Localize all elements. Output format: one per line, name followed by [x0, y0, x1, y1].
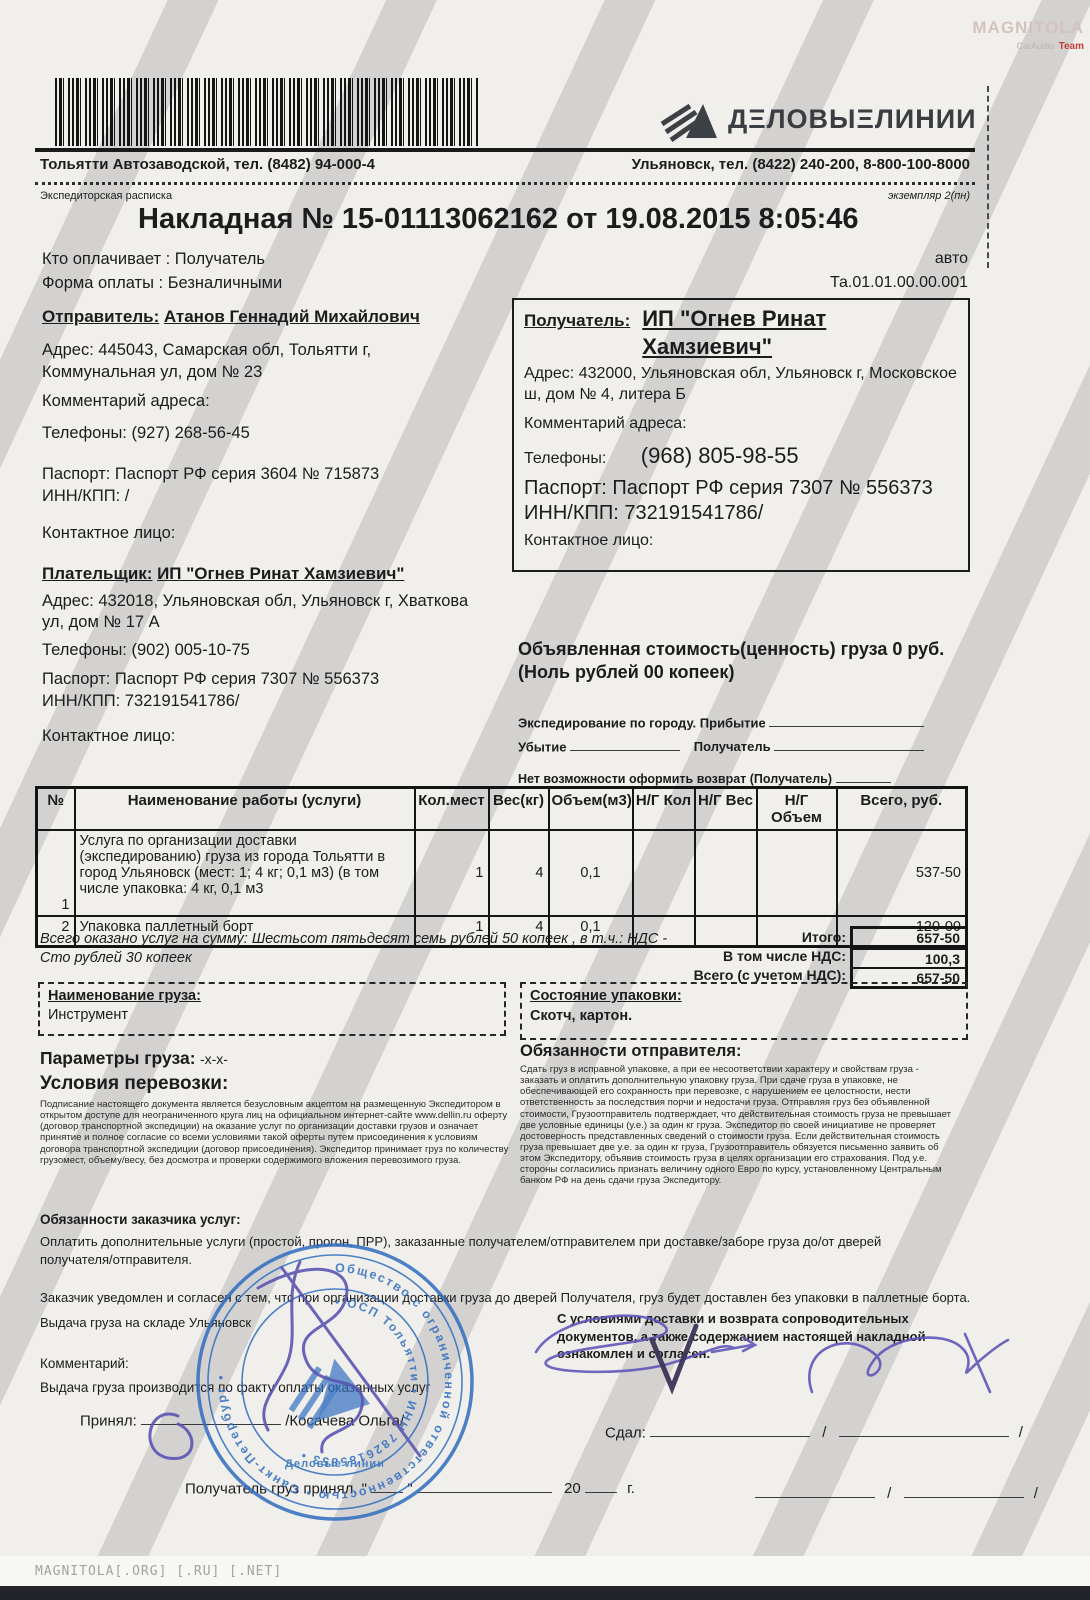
payer-phones: Телефоны: (902) 005-10-75 [42, 640, 487, 661]
receiver-label: Получатель: [524, 305, 630, 331]
copy-label: экземпляр 2(пн) [770, 190, 970, 202]
watermark-magnitola: MAGNITOLA CarAudio Team [962, 18, 1084, 54]
sender-obligations-text: Сдать груз в исправной упаковке, а при е… [520, 1064, 958, 1186]
table-header-row: № Наименование работы (услуги) Кол.мест … [37, 788, 967, 831]
logo-text: ДΞЛОВЫΞЛИНИИ [728, 104, 977, 135]
col-volume: Объем(м3) [549, 788, 633, 831]
slash-separator: / [1034, 1485, 1038, 1502]
col-ng-weight: Н/Г Вес [695, 788, 757, 831]
receiver-inn: ИНН/КПП: 732191541786/ [524, 502, 958, 525]
slash-separator: / [822, 1424, 826, 1441]
transport-mode: авто [768, 250, 968, 268]
watermark-brand: MAGNITOLA [962, 18, 1084, 38]
row1-weight: 4 [489, 830, 549, 916]
col-name: Наименование работы (услуги) [75, 788, 415, 831]
slash-separator: / [1019, 1424, 1023, 1441]
sender-phones: Телефоны: (927) 268-56-45 [42, 423, 487, 444]
packaging-title: Состояние упаковки: [530, 988, 958, 1004]
forwarding-arrival-line: Экспедирование по городу. Прибытие [518, 714, 924, 730]
row1-ng-qty [633, 830, 695, 916]
company-round-stamp: Общество с ограниченной ответственностью… [185, 1232, 485, 1532]
svg-text:• ОСП Тольятти • ИНН 782618585: • ОСП Тольятти • ИНН 7826185853 • [297, 1295, 422, 1469]
office-right: Ульяновск, тел. (8422) 240-200, 8-800-10… [520, 156, 970, 173]
no-return-blank [836, 770, 891, 783]
receiver-passport: Паспорт: Паспорт РФ серия 7307 № 556373 [524, 476, 958, 501]
route-code: Та.01.01.00.00.001 [768, 274, 968, 292]
totals-values-box: 657-50 100,3 657-50 [850, 926, 968, 989]
col-ng-volume: Н/Г Объем [757, 788, 837, 831]
year-blank [585, 1478, 617, 1493]
customer-obligations-title: Обязанности заказчика услуг: [40, 1212, 241, 1227]
who-pays: Кто оплачивает : Получатель [42, 250, 265, 269]
sender-inn: ИНН/КПП: / [42, 486, 487, 507]
services-table: № Наименование работы (услуги) Кол.мест … [35, 786, 968, 948]
sender-payer-column: Отправитель: Атанов Геннадий Михайлович … [42, 306, 487, 748]
cargo-name-title: Наименование груза: [48, 988, 496, 1004]
payer-address: Адрес: 432018, Ульяновская обл, Ульяновс… [42, 591, 487, 634]
no-return-label: Нет возможности оформить возврат (Получа… [518, 772, 832, 786]
row1-name: Услуга по организации доставки (экспедир… [75, 830, 415, 916]
sender-address-comment: Комментарий адреса: [42, 391, 487, 412]
stamp-wing-icon [280, 1353, 371, 1432]
departure-blank [570, 738, 680, 751]
tear-line [987, 86, 989, 268]
receiver-phones-label: Телефоны: [524, 450, 606, 467]
services-table-wrap: № Наименование работы (услуги) Кол.мест … [35, 786, 968, 948]
barcode [55, 78, 480, 146]
itogo-value: 657-50 [853, 929, 965, 948]
comment-label: Комментарий: [40, 1356, 129, 1371]
dellin-wing-icon [660, 96, 718, 142]
receiver-address-comment: Комментарий адреса: [524, 415, 958, 433]
slash-separator: / [887, 1485, 891, 1502]
forwarding-label: Экспедирование по городу. Прибытие [518, 715, 766, 730]
office-left: Тольятти Автозаводской, тел. (8482) 94-0… [40, 156, 375, 173]
receiver-name-blank [904, 1483, 1024, 1498]
cargo-name-box: Наименование груза: Инструмент [38, 982, 506, 1036]
handed-name-blank [839, 1422, 1009, 1437]
nds-value: 100,3 [853, 948, 965, 967]
receiver-signature-blank [755, 1483, 875, 1498]
receiver-box: Получатель: ИП "Огнев Ринат Хамзиевич" А… [512, 298, 970, 572]
row1-ng-volume [757, 830, 837, 916]
stamp-inner-arc-text: • ОСП Тольятти • ИНН 7826185853 • [297, 1295, 422, 1469]
payer-label: Плательщик: [42, 564, 152, 583]
declared-value: Объявленная стоимость(ценность) груза 0 … [518, 638, 968, 685]
sender-address: Адрес: 445043, Самарская обл, Тольятти г… [42, 340, 487, 383]
footer-black-bar [0, 1586, 1090, 1600]
doc-type: Экспедиторская расписка [40, 190, 172, 202]
receiver-contact: Контактное лицо: [524, 532, 958, 550]
col-num: № [37, 788, 75, 831]
year-prefix: 20 [564, 1480, 581, 1497]
watermark-sub-red: Team [1059, 41, 1084, 52]
row1-volume: 0,1 [549, 830, 633, 916]
row1-places: 1 [415, 830, 489, 916]
col-total: Всего, руб. [837, 788, 967, 831]
sender-obligations-title: Обязанности отправителя: [520, 1042, 742, 1061]
agreement-notice: С условиями доставки и возврата сопровод… [557, 1310, 947, 1363]
year-unit: г. [627, 1480, 635, 1497]
cargo-params-label: Параметры груза: [40, 1048, 196, 1068]
stamp-company-text: Деловые линии [285, 1458, 385, 1470]
handed-label: Сдал: [605, 1424, 646, 1441]
itogo-label: Итого: [560, 929, 846, 948]
receiver-name: ИП "Огнев Ринат Хамзиевич" [642, 305, 942, 360]
forwarding-receiver-blank [774, 738, 924, 751]
scanned-waybill-page: MAGNITOLA CarAudio Team ДΞЛОВЫΞЛИНИИ Тол… [0, 0, 1090, 1600]
nds-label: В том числе НДС: [560, 948, 846, 967]
row1-num: 1 [37, 830, 75, 916]
payment-form: Форма оплаты : Безналичными [42, 274, 282, 293]
cargo-params-value: -х-х- [200, 1051, 228, 1067]
footer-strip: MAGNITOLA[.ORG] [.RU] [.NET] [0, 1556, 1090, 1586]
handed-row: Сдал: / / [605, 1422, 1023, 1441]
logo: ДΞЛОВЫΞЛИНИИ [660, 96, 977, 142]
cargo-params-line: Параметры груза: -х-х- [40, 1048, 228, 1069]
sender-name: Атанов Геннадий Михайлович [164, 307, 420, 326]
table-row: 1 Услуга по организации доставки (экспед… [37, 830, 967, 916]
payer-inn: ИНН/КПП: 732191541786/ [42, 691, 487, 712]
payer-contact: Контактное лицо: [42, 726, 487, 747]
payer-passport: Паспорт: Паспорт РФ серия 7307 № 556373 [42, 669, 487, 690]
cargo-name-value: Инструмент [48, 1007, 496, 1023]
departure-label: Убытие [518, 739, 566, 754]
packaging-box: Состояние упаковки: Скотч, картон. [520, 982, 968, 1040]
forwarding-departure-line: Убытие Получатель [518, 738, 924, 754]
watermark-sub-gray: CarAudio [1017, 41, 1055, 51]
waybill-title: Накладная № 15-01113062162 от 19.08.2015… [138, 203, 859, 236]
totals-labels: Итого: В том числе НДС: Всего (с учетом … [560, 929, 846, 986]
row1-total: 537-50 [837, 830, 967, 916]
col-ng-qty: Н/Г Кол [633, 788, 695, 831]
payer-name: ИП "Огнев Ринат Хамзиевич" [157, 564, 404, 583]
dotted-separator [35, 182, 975, 185]
conditions-text: Подписание настоящего документа является… [40, 1099, 518, 1166]
sender-passport: Паспорт: Паспорт РФ серия 3604 № 715873 [42, 464, 487, 485]
conditions-title: Условия перевозки: [40, 1073, 228, 1095]
receiver-address: Адрес: 432000, Ульяновская обл, Ульяновс… [524, 364, 958, 406]
col-weight: Вес(кг) [489, 788, 549, 831]
packaging-value: Скотч, картон. [530, 1008, 958, 1024]
receiver-phones-value: (968) 805-98-55 [641, 443, 799, 468]
no-return-line: Нет возможности оформить возврат (Получа… [518, 770, 891, 786]
receiver-signature-row: / / [755, 1483, 1038, 1502]
forwarding-receiver-label: Получатель [694, 739, 771, 754]
arrival-blank [769, 714, 924, 727]
footer-watermark: MAGNITOLA[.ORG] [.RU] [.NET] [35, 1564, 282, 1579]
accepted-label: Принял: [80, 1412, 137, 1429]
col-places: Кол.мест [415, 788, 489, 831]
header-rule [35, 148, 975, 152]
sender-contact: Контактное лицо: [42, 523, 487, 544]
handed-signature-blank [650, 1422, 810, 1437]
sender-label: Отправитель: [42, 307, 159, 326]
row1-ng-weight [695, 830, 757, 916]
